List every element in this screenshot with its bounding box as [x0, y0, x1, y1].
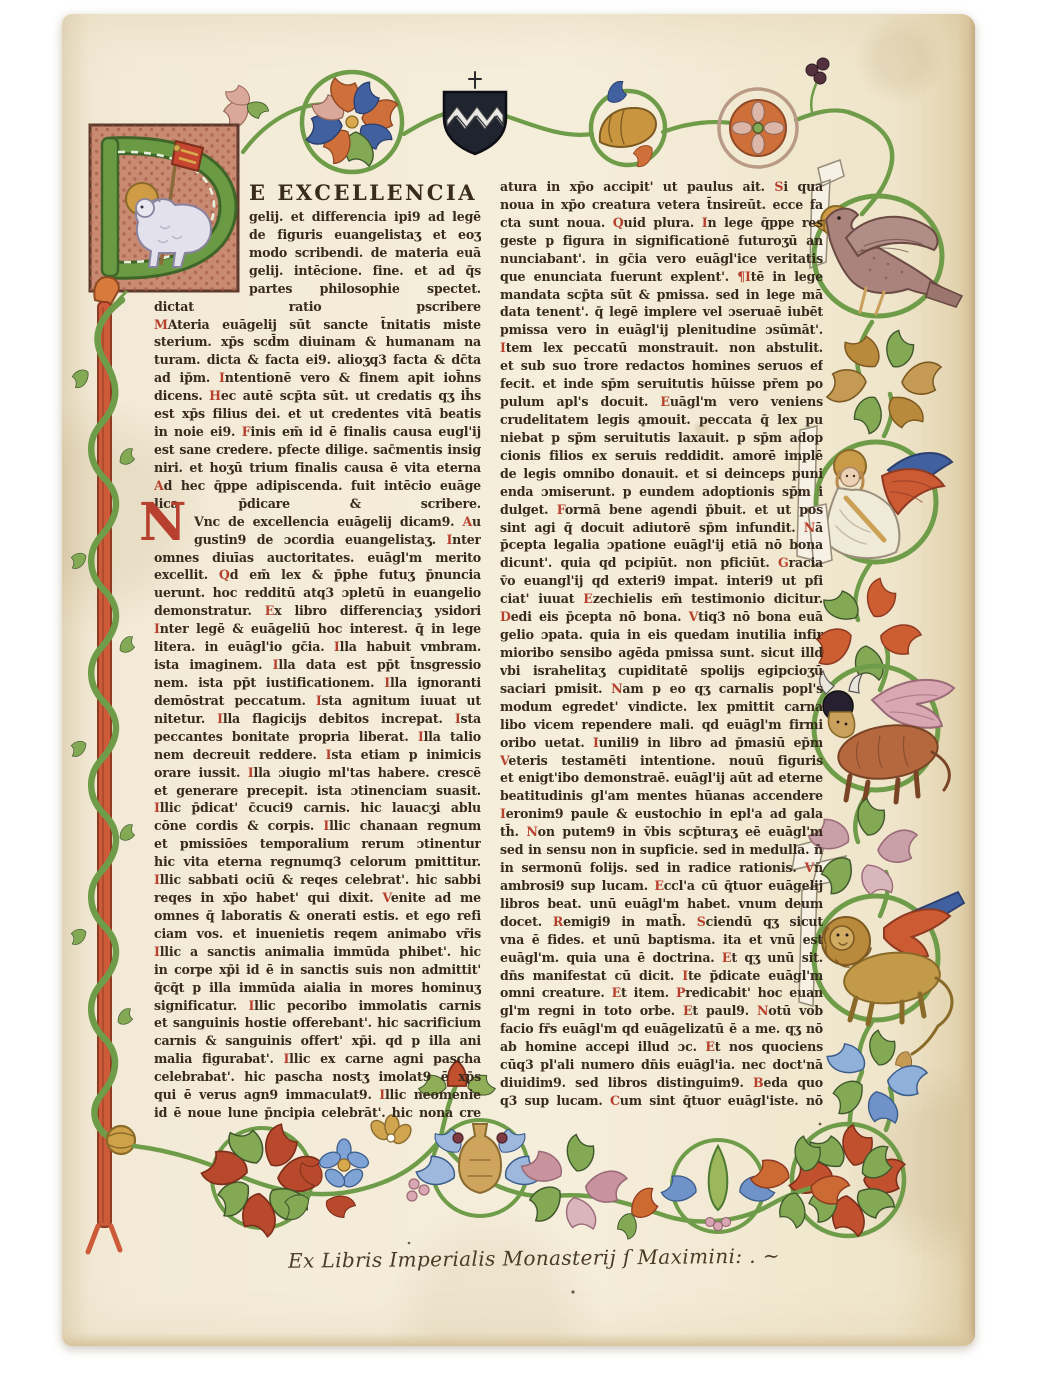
text-line: demōstrat peccatum. Ista agnitum iuuat u…	[154, 692, 481, 710]
text-line: gelij. et differencia ipi9 ad legē	[154, 208, 481, 226]
rubric-text: E	[583, 591, 592, 606]
text-line: hic vita eterna regnumq3 celorum pmittit…	[154, 853, 481, 871]
rubric-text: V	[382, 890, 390, 905]
text-line: malia figurabat'. Illic ex carne agni pa…	[154, 1050, 481, 1068]
text-line: modum egredet' vindicte. lex pmittit car…	[500, 698, 823, 716]
fore-edge	[958, 14, 975, 1346]
text-line: nunciabant'. in gc̄ia vero euāgl'ice ver…	[500, 250, 823, 268]
text-line: sed in sensu non in supficie. sed in med…	[500, 841, 823, 859]
text-line: nitetur. Illa flagicijs debitos increpat…	[154, 710, 481, 728]
text-line: qui ē verus agn9 immaculat9. Illic neome…	[154, 1086, 481, 1104]
rubric-text: S	[697, 914, 706, 929]
text-line: Ieronim9 paule & eustochio in epl'a ad g…	[500, 805, 823, 823]
bottom-edge	[62, 1333, 975, 1346]
text-line: gelio ɔpata. quia in eis quedam inutilia…	[500, 626, 823, 644]
rubric-text: E	[705, 1039, 714, 1054]
text-line: niebat p sp̄m seruitutis laxauit. p sp̄m…	[500, 429, 823, 447]
rubric-text: E	[660, 394, 669, 409]
text-line: lica p̄dicare & scribere. ∼∼∼∼∼∼∼∼∼∼∼∼∼∼…	[154, 495, 481, 513]
rubric-text: E	[722, 950, 731, 965]
text-line: Item lex peccatū monstrauit. non abstuli…	[500, 339, 823, 357]
text-line: niri. et hoʒū trium finalis causa ē vita…	[154, 459, 481, 477]
text-line: et sub suo t̄rore redactos homines seruo…	[500, 357, 823, 375]
rubric-text: ¶I	[737, 269, 751, 284]
headline: E EXCELLENCIAeuā	[154, 178, 481, 208]
text-line: sint agi q̄ docuit adiutorē sp̄m infundi…	[500, 519, 823, 537]
rubric-text: N	[526, 824, 537, 839]
text-line: Illic a sanctis animalia immūda phibet'.…	[154, 943, 481, 961]
text-line: facio fr̄s euāgl'm qd euāgelizatū ē a me…	[500, 1020, 823, 1038]
rubric-text: E	[654, 878, 663, 893]
rubric-text: E	[683, 1003, 692, 1018]
text-line: MAteria euāgelij sūt sancte t̄nitatis mi…	[154, 316, 481, 334]
text-line: id ē noue lune p̄ncipia celebrāt'. hic n…	[154, 1104, 481, 1122]
text-line: demonstratur. Ex libro differenciaʒ ysid…	[154, 602, 481, 620]
text-line: dn̄s manifestat cū dicit. Ite p̄dicate e…	[500, 967, 823, 985]
text-line: excellit. Qd em̄ lex & p̄phe futuʒ p̄nun…	[154, 566, 481, 584]
text-line: v̄o euangl'ij qd exteri9 impat. interi9 …	[500, 572, 823, 590]
text-line: fecit. et inde sp̄m seruitutis hūisse pr…	[500, 375, 823, 393]
text-line: ab homine accepi illud ɔc. Et nos quocie…	[500, 1038, 823, 1056]
text-line: modo scribendi. de materia euā	[154, 244, 481, 262]
text-line: enda ɔmiserunt. p eundem adoptionis sp̄m…	[500, 483, 823, 501]
text-line: est sane credere. pfecte dilige. sac̄men…	[154, 441, 481, 459]
text-line: de figuris euangelistaʒ et eoʒ	[154, 226, 481, 244]
text-line: libros beat. unū euāgl'm habet. vnum deu…	[500, 895, 823, 913]
text-line: beatitudinis gl'am mentes hūanas accende…	[500, 787, 823, 805]
rubric-text: E	[612, 985, 621, 1000]
text-line: Illic p̄dicat' c̄cuci9 carnis. hic lauac…	[154, 799, 481, 817]
text-line: omnes diuīas auctoritates. euāgl'm merit…	[154, 549, 481, 567]
text-line: gelij. intēcione. fine. et ad q̄s	[154, 262, 481, 280]
rubric-text: V	[804, 860, 814, 875]
text-line: celebrabat'. hic pascha nostʒ imolat9 ē …	[154, 1068, 481, 1086]
text-line: nem decreuit reddere. Ista etiam p inimi…	[154, 746, 481, 764]
rubric-text: N	[611, 681, 622, 696]
rubric-text: E	[265, 603, 274, 618]
text-line: et generare precepit. ista ɔtinenciam su…	[154, 782, 481, 800]
rubric-text: A	[462, 514, 472, 529]
text-line: cta sunt noua. Quid plura. In lege q̄ppe…	[500, 214, 823, 232]
text-line: ad ip̄m. Intentionē vero & finem apit io…	[154, 369, 481, 387]
rubric-text: B	[753, 1075, 763, 1090]
rubric-text: S	[774, 179, 783, 194]
text-line: dicens. Hec autē scp̄ta sūt. ut credatis…	[154, 387, 481, 405]
text-line: dulget. Formā bene agendi p̄buit. et ut …	[500, 501, 823, 519]
text-line: Vnc de excellencia euāgelij dicam9. Au	[154, 513, 481, 531]
text-line: Veteris testamēti intentione. nouū figur…	[500, 752, 823, 770]
rubric-text: A	[154, 478, 164, 493]
rubric-text: N	[757, 1003, 768, 1018]
rubric-text: F	[557, 502, 565, 517]
text-line: dictat ratio pscribere ∼∼∼∼∼∼∼∼∼∼∼∼∼∼∼∼∼…	[154, 298, 481, 316]
text-line: nem. ista pp̄t iustificationem. Illa ign…	[154, 674, 481, 692]
text-line: de legis omnibo donauit. et si deinceps …	[500, 465, 823, 483]
text-line: peccantes bonitate propria liberat. Illa…	[154, 728, 481, 746]
text-line: in noie ei9. Finis em̄ id ē finalis caus…	[154, 423, 481, 441]
text-line: in corpe xp̄i id ē in sanctis suis non a…	[154, 961, 481, 979]
text-line: partes philosophie spectet.	[154, 280, 481, 298]
text-line: et pmissiōes temporalium rerum ɔtinentur	[154, 835, 481, 853]
text-line: pulum apl's docuit. Euāgl'm vero veniens	[500, 393, 823, 411]
text-line: cionis filios ex seruis reddidit. amorē …	[500, 447, 823, 465]
text-line: crudelitatem legis amouit. peccata q̄ le…	[500, 411, 823, 429]
text-line: docet. Remigi9 in math̄. Sciendū qʒ sicu…	[500, 913, 823, 931]
text-line: reqes in xp̄o habet' qui dixit. Venite a…	[154, 889, 481, 907]
text-line: et sanguinis hostie offerebant'. hic sac…	[154, 1014, 481, 1032]
rubric-text: V	[689, 609, 699, 624]
text-line: dicunt'. quia qd pcipiūt. non pficiūt. G…	[500, 554, 823, 572]
text-line: gustin9 de ɔcordia euangelistaʒ. Inter	[154, 531, 481, 549]
text-line: mandata scp̄ta sūt & pmissa. sed in lege…	[500, 286, 823, 304]
text-line: Ad hec q̄ppe adipiscenda. fuit intēcio e…	[154, 477, 481, 495]
text-line: pmissa vero in euāgl'ij plenitudine ɔsūm…	[500, 321, 823, 339]
manuscript-photo: E EXCELLENCIAeuā gelij. et differencia i…	[0, 0, 1040, 1387]
text-line: q3 sup lucam. Cum sint q̄tuor euāgl'iste…	[500, 1092, 823, 1110]
text-line: turam. dicta & facta ei9. alioʒq3 facta …	[154, 351, 481, 369]
text-line: omni creature. Et item. Predicabit' hoc …	[500, 984, 823, 1002]
text-line: cōne cordis & corpis. Illic chanaan regn…	[154, 817, 481, 835]
text-line: euāgl'm. quia una ē doctrina. Et qʒ unū …	[500, 949, 823, 967]
text-line: data tenent'. q̄ legē implere vel ɔserua…	[500, 303, 823, 321]
text-line: carnis & sanguinis offert' xp̄i. qd p il…	[154, 1032, 481, 1050]
rubric-text: Q	[613, 215, 624, 230]
rubric-text: C	[610, 1093, 620, 1108]
text-line: vna ē fides. et unū baptisma. ita et vnū…	[500, 931, 823, 949]
rubric-text: G	[778, 555, 789, 570]
text-line: cūq3 pl'ali numero dn̄is euāgl'ia. nec d…	[500, 1056, 823, 1074]
rubric-text: P	[676, 985, 685, 1000]
rubric-text: H	[209, 388, 221, 403]
text-line: Illic sabbati ociū & reqes celebrat'. hi…	[154, 871, 481, 889]
rubric-text: N	[804, 520, 815, 535]
text-line: ciam vos. et inuenietis reqem animabo vr…	[154, 925, 481, 943]
rubric-text: Q	[219, 567, 230, 582]
text-line: omnes q̄ laboratis & onerati estis. et e…	[154, 907, 481, 925]
rubric-text: M	[154, 317, 168, 332]
text-line: mioribo sensibo agēda pmissa sunt. sicut…	[500, 644, 823, 662]
text-line: q̄cq̄t p illa immūda aialia in mores hom…	[154, 979, 481, 997]
text-line: atura in xp̄o accipit' ut paulus ait. Si…	[500, 178, 823, 196]
text-line: est xp̄s filius dei. et ut credentes vit…	[154, 405, 481, 423]
text-line: orare iussit. Illa ɔiugio ml'tas habere.…	[154, 764, 481, 782]
lombard-initial-n: N	[139, 497, 187, 549]
text-line: litera. in euāgl'io gc̄ia. Illa habuit v…	[154, 638, 481, 656]
text-line: libo vicem rependere mali. qd euāgl'm fi…	[500, 716, 823, 734]
text-line: significatur. Illic pecoribo immolatis c…	[154, 997, 481, 1015]
text-line: in sermonū folijs. sed in radice rationi…	[500, 859, 823, 877]
text-line: vbi israhelitaʒ cupiditatē spolijs egipc…	[500, 662, 823, 680]
text-line: et enigt'ibo demonstraē. euāgl'ij aūt ad…	[500, 769, 823, 787]
text-line: Dedi eis p̄cepta nō bona. Vtiq3 nō bona …	[500, 608, 823, 626]
text-column-right: atura in xp̄o accipit' ut paulus ait. Si…	[500, 178, 823, 1110]
rubric-text: D	[500, 609, 511, 624]
text-line: ambrosi9 sup lucam. Eccl'a cū q̄tuor euā…	[500, 877, 823, 895]
text-line: p̄cepta legalia ɔpatione euāgl'ij etiā n…	[500, 536, 823, 554]
rubric-text: R	[553, 914, 563, 929]
text-line: diuidim9. sed libros distinguim9. Beda q…	[500, 1074, 823, 1092]
text-line: Inter legē & euāgeliū hoc interest. q̄ i…	[154, 620, 481, 638]
text-line: geste p figura in significationē futuroʒ…	[500, 232, 823, 250]
text-line: ista imaginem. Illa data est pp̄t t̄nsgr…	[154, 656, 481, 674]
text-column-left: E EXCELLENCIAeuā gelij. et differencia i…	[154, 178, 481, 1122]
text-line: oribo uetat. Iunili9 in libro ad p̄masiū…	[500, 734, 823, 752]
text-line: que enunciata fuerunt explent'. ¶Itē in …	[500, 268, 823, 286]
text-line: th̄. Non putem9 in v̄bis scp̄turaʒ eē eu…	[500, 823, 823, 841]
text-line: noua in xp̄o creatura vetera t̄nsireūt. …	[500, 196, 823, 214]
text-line: saciari pmisit. Nam p eo qʒ carnalis pop…	[500, 680, 823, 698]
text-line: uerunt. hoc redditū atq3 ɔpletū in euang…	[154, 584, 481, 602]
text-line: gl'm regni in toto orbe. Et paul9. Notū …	[500, 1002, 823, 1020]
text-line: sterium. xp̄s scd̄m diuinam & humanam na	[154, 333, 481, 351]
text-line: ciat' iuuat Ezechielis em̄ testimonio di…	[500, 590, 823, 608]
headline-caps: E EXCELLENCIA	[249, 180, 477, 205]
